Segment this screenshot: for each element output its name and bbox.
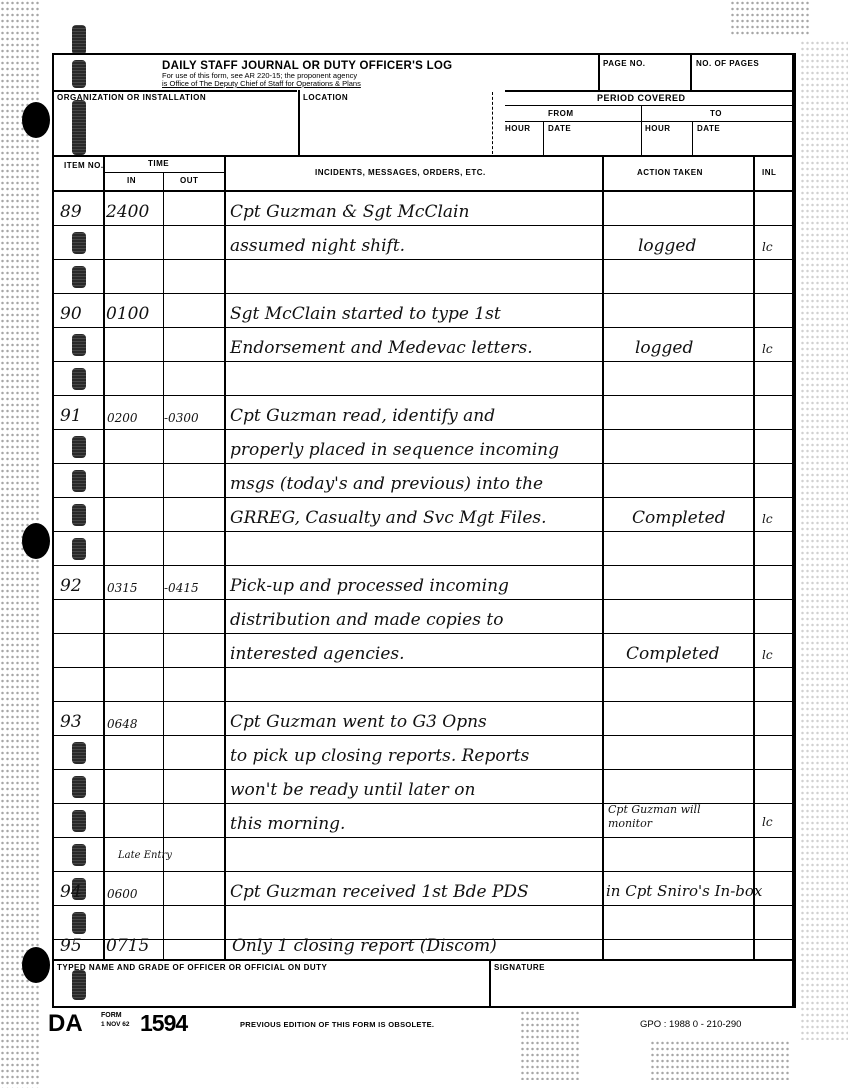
entry-text-line: Cpt Guzman received 1st Bde PDS	[230, 882, 529, 902]
column-divider	[163, 172, 164, 960]
divider	[492, 92, 494, 154]
previous-edition-note: PREVIOUS EDITION OF THIS FORM IS OBSOLET…	[240, 1020, 434, 1029]
entry-action: logged	[635, 338, 693, 358]
row-line	[53, 565, 794, 566]
entry-initials: lc	[762, 512, 773, 526]
row-line	[53, 361, 794, 362]
signature-label: SIGNATURE	[494, 963, 545, 972]
inl-label: INL	[762, 168, 776, 177]
entry-item-no: 95	[60, 936, 82, 956]
entry-text-line: won't be ready until later on	[230, 780, 475, 800]
scan-noise	[520, 1010, 580, 1080]
punch-hole-top	[22, 102, 50, 138]
typed-name-field[interactable]	[60, 975, 480, 1003]
row-line	[53, 959, 794, 961]
punch-hole-middle	[22, 523, 50, 559]
entry-item-no: 94	[60, 882, 82, 902]
divider	[104, 172, 224, 173]
from-hour-label: HOUR	[505, 124, 531, 133]
entry-text-line: properly placed in sequence incoming	[230, 440, 559, 460]
binding-mark	[72, 538, 86, 560]
row-line	[53, 701, 794, 702]
scan-noise-top-right	[730, 0, 810, 35]
entry-text-line: Cpt Guzman & Sgt McClain	[230, 202, 469, 222]
row-line	[53, 667, 794, 668]
divider	[505, 90, 793, 92]
row-line	[53, 225, 794, 226]
location-label: LOCATION	[303, 93, 348, 102]
incidents-label: INCIDENTS, MESSAGES, ORDERS, ETC.	[315, 168, 486, 177]
entry-text-line: distribution and made copies to	[230, 610, 503, 630]
scan-noise-right	[800, 40, 848, 1040]
punch-hole-bottom	[22, 947, 50, 983]
from-label: FROM	[548, 109, 574, 118]
entry-time-in: 0100	[106, 304, 149, 324]
time-out-label: OUT	[180, 176, 198, 185]
entry-text-line: Sgt McClain started to type 1st	[230, 304, 501, 324]
row-line	[53, 395, 794, 396]
action-taken-label: ACTION TAKEN	[637, 168, 703, 177]
entry-initials: lc	[762, 648, 773, 662]
location-field[interactable]	[303, 106, 483, 150]
binding-mark	[72, 436, 86, 458]
scan-noise	[650, 1040, 790, 1080]
row-line	[53, 837, 794, 838]
da-label: DA	[48, 1010, 83, 1038]
time-label: TIME	[148, 159, 169, 168]
row-line	[53, 905, 794, 906]
divider	[543, 121, 544, 155]
form-number: 1594	[140, 1010, 187, 1037]
entry-item-no: 92	[60, 576, 82, 596]
column-divider	[602, 155, 604, 960]
to-hour-field[interactable]	[645, 135, 689, 153]
divider	[505, 121, 793, 122]
page-no-label: PAGE NO.	[603, 59, 646, 68]
binding-mark	[72, 776, 86, 798]
divider	[53, 90, 297, 92]
signature-field[interactable]	[494, 975, 789, 1003]
entry-time-out: -0415	[164, 581, 199, 595]
entry-action: Completed	[632, 508, 726, 528]
form-date-code: 1 NOV 62	[101, 1021, 130, 1028]
divider	[641, 105, 642, 155]
to-date-label: DATE	[697, 124, 720, 133]
divider	[298, 90, 300, 155]
divider	[505, 105, 793, 106]
entry-text-line: this morning.	[230, 814, 345, 834]
entry-text-line: to pick up closing reports. Reports	[230, 746, 529, 766]
gpo-code: GPO : 1988 0 - 210-290	[640, 1019, 741, 1030]
binding-mark	[72, 232, 86, 254]
late-entry-note: Late Entry	[118, 850, 172, 861]
row-line	[53, 531, 794, 532]
binding-mark	[72, 742, 86, 764]
from-date-field[interactable]	[546, 135, 638, 153]
binding-mark	[72, 970, 86, 1000]
entry-text-line: GRREG, Casualty and Svc Mgt Files.	[230, 508, 547, 528]
row-line	[53, 497, 794, 498]
row-line	[53, 871, 794, 872]
row-line	[53, 293, 794, 294]
row-line	[53, 463, 794, 464]
binding-mark	[72, 912, 86, 934]
entry-action: Cpt Guzman will monitor	[608, 803, 748, 831]
no-of-pages-label: NO. OF PAGES	[696, 59, 759, 68]
entry-time-in: 0315	[107, 581, 138, 595]
entry-time-in: 0600	[107, 887, 138, 901]
typed-name-label: TYPED NAME AND GRADE OF OFFICER OR OFFIC…	[57, 963, 327, 972]
entry-time-in: 0200	[107, 411, 138, 425]
entry-item-no: 89	[60, 202, 82, 222]
entry-text-line: Only 1 closing report (Discom)	[232, 936, 497, 956]
entry-initials: lc	[762, 342, 773, 356]
binding-mark	[72, 334, 86, 356]
to-hour-label: HOUR	[645, 124, 671, 133]
entry-time-in: 0715	[106, 936, 149, 956]
column-divider	[753, 155, 755, 960]
divider	[53, 190, 794, 192]
row-line	[53, 327, 794, 328]
period-covered-label: PERIOD COVERED	[597, 93, 686, 103]
from-date-label: DATE	[548, 124, 571, 133]
entry-item-no: 90	[60, 304, 82, 324]
time-in-label: IN	[127, 176, 136, 185]
binding-mark	[72, 368, 86, 390]
entry-text-line: Cpt Guzman went to G3 Opns	[230, 712, 487, 732]
binding-mark	[72, 60, 86, 88]
binding-mark	[72, 266, 86, 288]
entry-text-line: Cpt Guzman read, identify and	[230, 406, 495, 426]
binding-mark	[72, 810, 86, 832]
binding-mark	[72, 100, 86, 155]
organization-field[interactable]	[60, 106, 290, 150]
from-hour-field[interactable]	[505, 135, 541, 153]
row-line	[53, 769, 794, 770]
entry-initials: lc	[762, 815, 773, 829]
binding-mark	[72, 844, 86, 866]
row-line	[53, 599, 794, 600]
binding-mark	[72, 470, 86, 492]
entry-time-out: -0300	[164, 411, 199, 425]
entry-initials: lc	[762, 240, 773, 254]
entry-action: in Cpt Sniro's In-box	[606, 882, 762, 900]
row-line	[53, 259, 794, 260]
row-line	[53, 735, 794, 736]
row-line	[53, 633, 794, 634]
divider	[489, 960, 491, 1006]
item-no-label: ITEM NO.	[64, 161, 104, 170]
entry-text-line: Endorsement and Medevac letters.	[230, 338, 533, 358]
entry-text-line: assumed night shift.	[230, 236, 405, 256]
entry-item-no: 93	[60, 712, 82, 732]
row-line	[53, 429, 794, 430]
column-divider	[224, 155, 226, 960]
entry-text-line: msgs (today's and previous) into the	[230, 474, 543, 494]
entry-action: logged	[638, 236, 696, 256]
form-subtitle-2: is Office of The Deputy Chief of Staff f…	[162, 80, 361, 88]
to-date-field[interactable]	[695, 135, 790, 153]
to-label: TO	[710, 109, 722, 118]
entry-time-in: 2400	[106, 202, 149, 222]
divider	[690, 55, 692, 91]
entry-action: Completed	[626, 644, 720, 664]
form-label: FORM	[101, 1012, 122, 1020]
entry-text-line: interested agencies.	[230, 644, 405, 664]
binding-mark	[72, 504, 86, 526]
binding-mark	[72, 25, 86, 55]
divider	[692, 121, 693, 155]
divider	[598, 55, 600, 91]
column-divider	[103, 155, 105, 960]
entry-item-no: 91	[60, 406, 82, 426]
no-of-pages-field[interactable]	[696, 72, 786, 88]
divider	[53, 155, 794, 157]
entry-text-line: Pick-up and processed incoming	[230, 576, 509, 596]
entry-time-in: 0648	[107, 717, 138, 731]
page-no-field[interactable]	[603, 72, 683, 88]
